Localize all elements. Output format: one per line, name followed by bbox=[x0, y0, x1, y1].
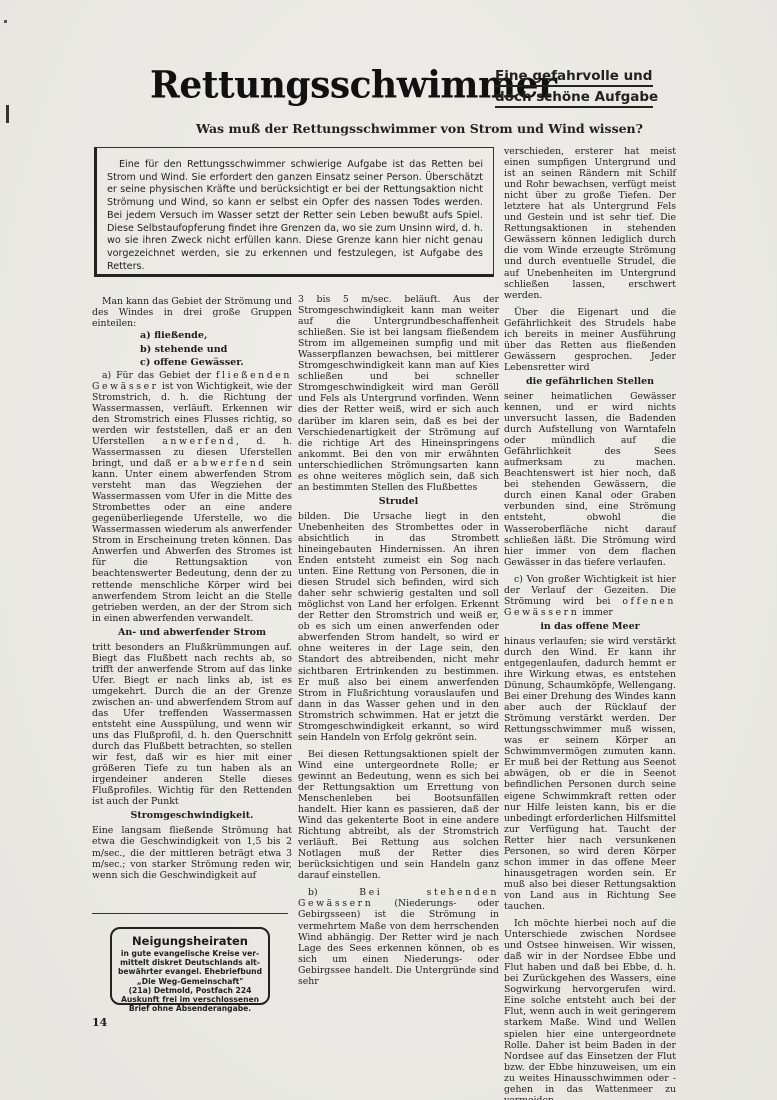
section-heading: An- und abwerfender Strom bbox=[92, 627, 292, 639]
ad-line: „Die Weg-Gemeinschaft" bbox=[112, 977, 268, 986]
divider bbox=[92, 913, 288, 914]
paragraph: Über die Eigenart und die Gefährlichkeit… bbox=[504, 307, 676, 373]
paragraph: a) Für das Gebiet der fließenden Gewässe… bbox=[92, 370, 292, 624]
section-heading: in das offene Meer bbox=[504, 621, 676, 633]
text-span: b) bbox=[308, 887, 359, 898]
text-span: a) Für das Gebiet der bbox=[102, 370, 216, 381]
page-number: 14 bbox=[92, 1016, 107, 1029]
column-3: verschieden, ersterer hat meist einen su… bbox=[504, 146, 676, 1100]
paragraph: 3 bis 5 m/sec. beläuft. Aus der Stromges… bbox=[298, 294, 499, 493]
section-heading: Stromgeschwindigkeit. bbox=[92, 810, 292, 822]
ad-title: Neigungsheiraten bbox=[128, 935, 252, 947]
text-span: immer bbox=[579, 607, 613, 618]
magazine-page: Rettungsschwimmer Eine gefahrvolle und d… bbox=[0, 0, 777, 1100]
ad-line: bewährter evangel. Ehebriefbund bbox=[112, 967, 268, 976]
list-item: b) stehende und bbox=[140, 343, 292, 357]
paragraph: Bei diesen Rettungsaktionen spielt der W… bbox=[298, 749, 499, 882]
ad-line: Brief ohne Absenderangabe. bbox=[112, 1004, 268, 1013]
paragraph: seiner heimatlichen Gewässer kennen, und… bbox=[504, 391, 676, 568]
paragraph: hinaus verlaufen; sie wird verstärkt dur… bbox=[504, 636, 676, 912]
emphasis-text: abwerfend bbox=[193, 458, 267, 469]
paragraph: tritt besonders an Flußkrümmungen auf. B… bbox=[92, 642, 292, 808]
paragraph: bilden. Die Ursache liegt in den Unebenh… bbox=[298, 511, 499, 743]
section-heading: die gefährlichen Stellen bbox=[504, 376, 676, 388]
text-span: (Niederungs- oder Gebirgsseen) ist die S… bbox=[298, 898, 499, 986]
intro-box: Eine für den Rettungsschwimmer schwierig… bbox=[94, 147, 494, 277]
paragraph: Ich möchte hierbei noch auf die Untersch… bbox=[504, 918, 676, 1100]
tagline-line-2: doch schöne Aufgabe bbox=[495, 89, 653, 108]
ad-line: Auskunft frei im verschlossenen bbox=[112, 995, 268, 1004]
intro-text: Eine für den Rettungsschwimmer schwierig… bbox=[107, 159, 483, 273]
ad-line: in gute evangelische Kreise ver- bbox=[112, 949, 268, 958]
tagline-line-1: Eine gefahrvolle und bbox=[495, 68, 653, 87]
paragraph: verschieden, ersterer hat meist einen su… bbox=[504, 146, 676, 301]
column-2: 3 bis 5 m/sec. beläuft. Aus der Stromges… bbox=[298, 294, 499, 987]
paragraph: b) Bei stehenden Gewässern (Niederungs- … bbox=[298, 887, 499, 986]
paragraph: Man kann das Gebiet der Strömung und des… bbox=[92, 296, 292, 329]
paragraph: Eine langsam fließende Strömung hat etwa… bbox=[92, 825, 292, 880]
paragraph: c) Von großer Wichtigkeit ist hier der V… bbox=[504, 574, 676, 618]
title-tagline: Eine gefahrvolle und doch schöne Aufgabe bbox=[495, 68, 653, 110]
classified-ad: Neigungsheiraten in gute evangelische Kr… bbox=[110, 927, 270, 1005]
scan-artifact bbox=[6, 105, 9, 123]
column-1: Man kann das Gebiet der Strömung und des… bbox=[92, 296, 292, 881]
group-list: a) fließende, b) stehende und c) offene … bbox=[92, 329, 292, 370]
article-subtitle: Was muß der Rettungsschwimmer von Strom … bbox=[196, 121, 643, 136]
section-heading: Strudel bbox=[298, 496, 499, 508]
list-item: c) offene Gewässer. bbox=[140, 356, 292, 370]
scan-artifact bbox=[4, 20, 7, 23]
list-item: a) fließende, bbox=[140, 329, 292, 343]
text-span: sein kann. Unter einem abwerfenden Strom… bbox=[92, 458, 292, 624]
ad-line: (21a) Detmold, Postfach 224 bbox=[112, 986, 268, 995]
emphasis-text: anwerfend bbox=[162, 436, 236, 447]
ad-line: mittelt diskret Deutschlands alt- bbox=[112, 958, 268, 967]
